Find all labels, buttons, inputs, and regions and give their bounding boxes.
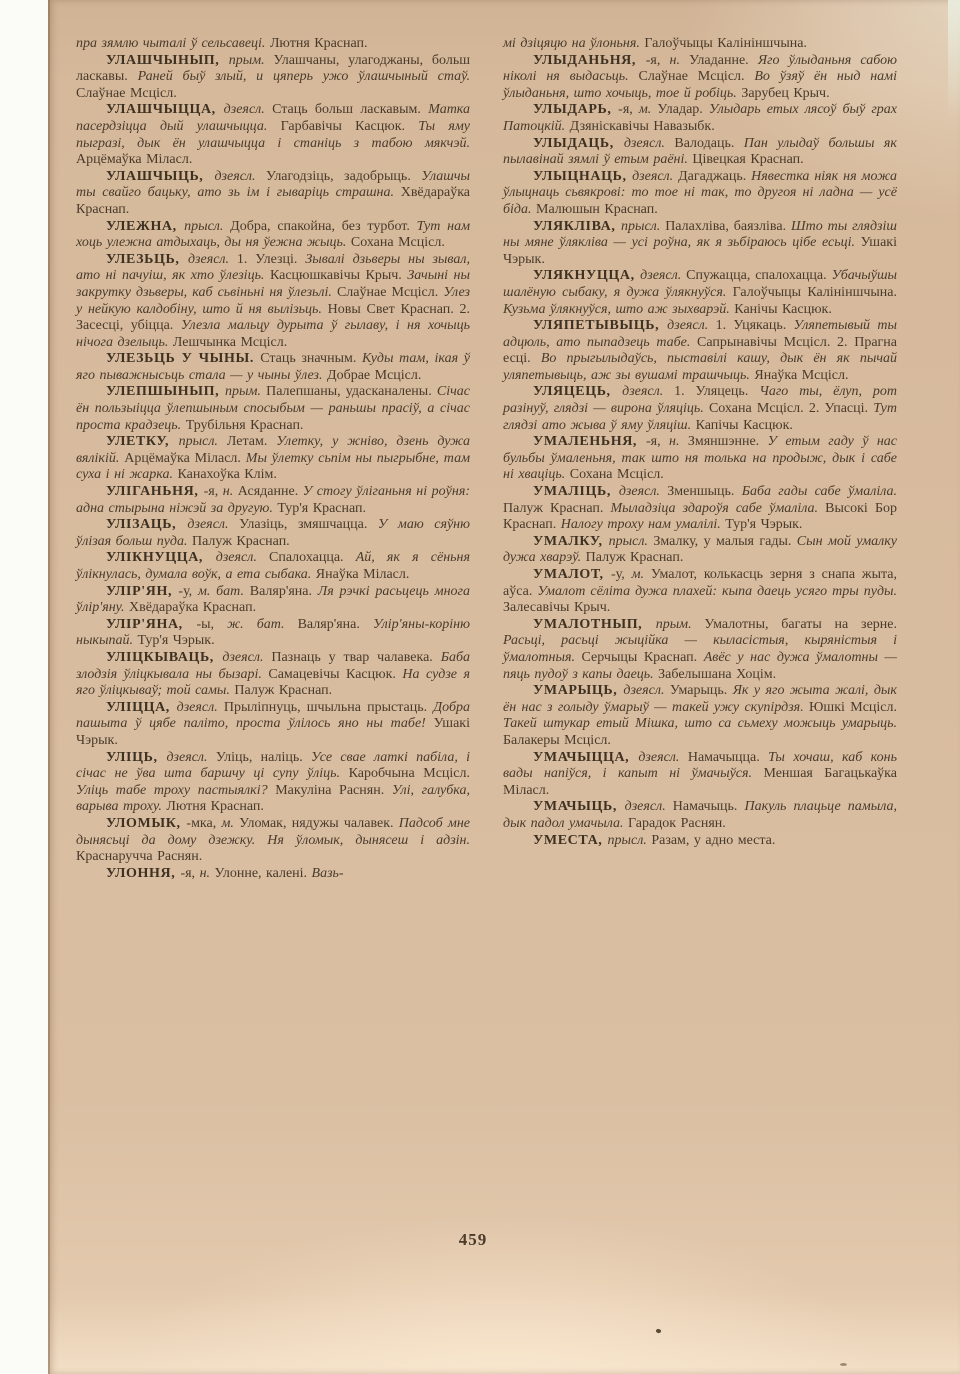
dictionary-entry: УЛЕТКУ, прысл. Летам. Улетку, у жніво, д… [76,434,470,484]
entry-example-text: дзеясл. [624,136,675,151]
entry-headword: УЛЫДАНЬНЯ, [533,53,646,68]
entry-definition-text: 1. Улезці. [237,252,305,267]
entry-definition-text: Цівецкая Краснап. [692,152,803,167]
scan-speck [840,1363,847,1366]
entry-definition-text: Галоўчыцы Калініншчына. [733,285,897,300]
entry-continuation: пра зямлю чыталі ў сельсавеці. Лютня Кра… [76,36,470,53]
entry-definition-text: -у, [178,584,198,599]
entry-example-text: м. [639,102,658,117]
entry-example-text: м. бат. [198,584,250,599]
entry-definition-text: Палахліва, баязліва. [665,219,791,234]
entry-example-text: дзеясл. [166,750,215,765]
page-content: пра зямлю чыталі ў сельсавеці. Лютня Кра… [76,36,897,882]
entry-headword: УЛІР'ЯНА, [106,617,196,632]
entry-definition-text: Забелышана Хоцім. [658,667,776,682]
entry-example-text: Умалот сёліта дужа плахей: кыпа даець ус… [537,584,897,599]
entry-headword: УЛЕТКУ, [106,434,179,449]
entry-headword: УЛІКНУЦЦА, [106,550,216,565]
entry-definition-text: Краснаручча Раснян. [76,849,202,864]
entry-headword: УМЕСТА, [533,833,608,848]
entry-headword: УМАЛЕНЬНЯ, [533,434,646,449]
entry-definition-text: Намачыцца. [688,750,768,765]
dictionary-entry: УМАЛОТНЫП, прым. Умалотны, багаты на зер… [503,617,897,683]
entry-example-text: дзеясл. [214,169,266,184]
entry-definition-text: 1. Уцякаць. [716,318,794,333]
page-edge-highlight [948,0,960,120]
entry-example-text: дзеясл. [619,484,667,499]
entry-definition-text: Намачыць. [673,799,745,814]
entry-definition-text: Арцёмаўка Міласл. [124,451,246,466]
dictionary-entry: УЛЕЗЬЦЬ У ЧЫНЫ. Стаць значным. Куды там,… [76,351,470,384]
entry-example-text: н. [200,866,215,881]
entry-definition-text: Пазнаць у твар чалавека. [271,650,440,665]
dictionary-entry: УЛІР'ЯН, -у, м. бат. Валяр'яна. Ля рэчкі… [76,584,470,617]
entry-definition-text: Дагаджаць. [678,169,751,184]
entry-definition-text: Добрае Мсцісл. [327,368,421,383]
entry-example-text: пра зямлю чыталі ў сельсавеці. [76,36,270,51]
entry-example-text: дзеясл. [222,650,271,665]
dictionary-entry: УМАЧЫЦЬ, дзеясл. Намачыць. Пакуль плацьц… [503,799,897,832]
entry-headword: УМАРЫЦЬ, [533,683,623,698]
entry-definition-text: Серчыцы Краснап. [582,650,704,665]
entry-definition-text: Разам, у адно места. [651,833,775,848]
entry-headword: УМАЛІЦЬ, [533,484,619,499]
dictionary-page-scan: пра зямлю чыталі ў сельсавеці. Лютня Кра… [48,0,960,1374]
dictionary-entry: УЛІЦКЫВАЦЬ, дзеясл. Пазнаць у твар чалав… [76,650,470,700]
entry-definition-text: Лютня Краснап. [270,36,368,51]
entry-definition-text: Добра, спакойна, без турбот. [230,219,416,234]
entry-definition-text: Тур'я Краснап. [277,501,366,516]
entry-definition-text: Гарадок Раснян. [628,816,726,831]
entry-example-text: прысл. [621,219,665,234]
entry-definition-text: Спужацца, спалохацца. [686,268,831,283]
entry-example-text: дзеясл. [177,700,224,715]
entry-definition-text: Зменшыць. [667,484,741,499]
entry-example-text: дзеясл. [625,799,673,814]
entry-headword: УЛЯКЛІВА, [533,219,621,234]
entry-definition-text: Стаць значным. [260,351,362,366]
entry-definition-text: Умалотны, багаты на зерне. [704,617,897,632]
dictionary-entry: УЛІКНУЦЦА, дзеясл. Спалохацца. Ай, як я … [76,550,470,583]
scan-speck [655,1328,661,1334]
dictionary-entry: УЛЕПШЫНЫП, прым. Палепшаны, удасканалены… [76,384,470,434]
entry-example-text: дзеясл. [216,550,269,565]
dictionary-entry: УМАЧЫЦЦА, дзеясл. Намачыцца. Ты хочаш, к… [503,750,897,800]
entry-definition-text: -я, [618,102,639,117]
entry-definition-text: Канахоўка Клім. [177,467,276,482]
entry-definition-text: Валяр'яна. [298,617,373,632]
entry-example-text: дзеясл. [632,169,678,184]
entry-headword: УЛІР'ЯН, [106,584,178,599]
entry-example-text: дзеясл. [224,102,272,117]
entry-headword: УЛІГАНЬНЯ, [106,484,204,499]
entry-headword: УЛАШЧЫЦЬ, [106,169,214,184]
entry-example-text: дзеясл. [640,268,686,283]
entry-definition-text: Макуліна Раснян. [275,783,392,798]
entry-example-text: дзеясл. [188,252,237,267]
entry-definition-text: Канічы Касцюк. [734,302,832,317]
entry-example-text: прысл. [184,219,230,234]
entry-definition-text: Галоўчыцы Калініншчына. [644,36,807,51]
entry-example-text: прысл. [608,833,652,848]
dictionary-entry: УЛЕЖНА, прысл. Добра, спакойна, без турб… [76,219,470,252]
entry-headword: УМАЛКУ, [533,534,609,549]
entry-headword: УЛІЦКЫВАЦЬ, [106,650,222,665]
entry-example-text: Вазь- [312,866,344,881]
dictionary-entry: УМАРЫЦЬ, дзеясл. Умарыць. Як у яго жыта … [503,683,897,749]
entry-definition-text: Арцёмаўка Міласл. [76,152,192,167]
entry-headword: УЛІЦЬ, [106,750,166,765]
entry-definition-text: Умарыць. [670,683,733,698]
entry-example-text: прым. [225,384,266,399]
dictionary-entry: УМАЛЕНЬНЯ, -я, н. Змяншэнне. У етым гаду… [503,434,897,484]
entry-definition-text: Змяншэнне. [688,434,768,449]
dictionary-entry: УЛЫДАЦЬ, дзеясл. Валодаць. Пан улыдаў бо… [503,136,897,169]
dictionary-entry: УЛЫДАНЬНЯ, -я, н. Уладанне. Яго ўлыданьн… [503,53,897,103]
entry-example-text: прым. [656,617,705,632]
left-column: пра зямлю чыталі ў сельсавеці. Лютня Кра… [76,36,470,882]
entry-definition-text: Валяр'яна. [250,584,318,599]
entry-headword: УМАЧЫЦЦА, [533,750,638,765]
entry-definition-text: Слаўнае Мсцісл. [337,285,443,300]
entry-definition-text: Лешчынка Мсцісл. [173,335,287,350]
dictionary-entry: УЛАШЧЫЦЦА, дзеясл. Стаць больш ласкавым.… [76,102,470,168]
entry-headword: УЛЕЗЬЦЬ У ЧЫНЫ. [106,351,260,366]
entry-definition-text: 1. Уляцець. [674,384,759,399]
entry-headword: УМАЛОТ, [533,567,611,582]
entry-definition-text: Тур'я Чэрык. [725,517,802,532]
dictionary-entry: УМАЛКУ, прысл. Змалку, у малыя гады. Сын… [503,534,897,567]
entry-definition-text: Дзяніскавічы Навазыбк. [570,119,715,134]
dictionary-entry: УЛАШЧЫНЫП, прым. Улашчаны, улагоджаны, б… [76,53,470,103]
entry-definition-text: Зарубец Крыч. [741,86,829,101]
entry-headword: УЛЫЦНАЦЬ, [533,169,632,184]
entry-headword: УЛЯПЕТЫВЫЦЬ, [533,318,667,333]
dictionary-entry: УЛЕЗЬЦЬ, дзеясл. 1. Улезці. Зывалі дзьве… [76,252,470,352]
entry-definition-text: Янаўка Міласл. [316,567,410,582]
right-column: мі дзіцяцю на ўлоньня. Галоўчыцы Калінін… [503,36,897,882]
entry-definition-text: Спалохацца. [269,550,356,565]
entry-example-text: Мыладзіца здароўя сабе ўмаліла. [610,501,825,516]
entry-definition-text: -мка, [186,816,221,831]
entry-definition-text: Каробчына Мсцісл. [349,766,470,781]
entry-headword: УЛЯЦЕЦЬ, [533,384,622,399]
entry-definition-text: Змалку, у малыя гады. [653,534,796,549]
entry-definition-text: Валодаць. [674,136,743,151]
dictionary-entry: УЛЯКЛІВА, прысл. Палахліва, баязліва. Шт… [503,219,897,269]
dictionary-entry: УЛІР'ЯНА, -ы, ж. бат. Валяр'яна. Улір'ян… [76,617,470,650]
entry-definition-text: -у, [611,567,632,582]
dictionary-entry: УМАЛОТ, -у, м. Умалот, колькасць зерня з… [503,567,897,617]
entry-example-text: дзеясл. [623,683,670,698]
entry-example-text: дзеясл. [187,517,239,532]
entry-headword: УМАЛОТНЫП, [533,617,656,632]
dictionary-entry: УМАЛІЦЬ, дзеясл. Зменшыць. Баба гады саб… [503,484,897,534]
entry-headword: УЛАШЧЫЦЦА, [106,102,224,117]
dictionary-entry: УМЕСТА, прысл. Разам, у адно места. [503,833,897,850]
entry-example-text: Баба гады сабе ўмаліла. [742,484,897,499]
dictionary-entry: УЛЫЦНАЦЬ, дзеясл. Дагаджаць. Нявестка ні… [503,169,897,219]
entry-definition-text: Уліць, наліць. [216,750,311,765]
dictionary-entry: УЛІЗАЦЬ, дзеясл. Улазіць, змяшчацца. У м… [76,517,470,550]
entry-example-text: н. [669,434,688,449]
entry-definition-text: Малюшын Краснап. [536,202,658,217]
entry-definition-text: Тур'я Чэрык. [137,633,214,648]
entry-headword: УЛЕПШЫНЫП, [106,384,225,399]
entry-example-text: дзеясл. [638,750,688,765]
entry-definition-text: Янаўка Мсцісл. [754,368,848,383]
dictionary-entry: УЛІЦЦА, дзеясл. Прыліпнуць, шчыльна прыс… [76,700,470,750]
entry-definition-text: Трубільня Краснап. [186,418,304,433]
entry-example-text: н. [670,53,690,68]
entry-definition-text: Уломак, нядужы чалавек. [239,816,399,831]
entry-definition-text: Балакеры Мсцісл. [503,733,611,748]
entry-definition-text: Летам. [227,434,276,449]
dictionary-entry: УЛОМЫК, -мка, м. Уломак, нядужы чалавек.… [76,816,470,866]
entry-example-text: прысл. [609,534,654,549]
entry-definition-text: Палуж Краснап. [503,501,610,516]
entry-definition-text: -я, [204,484,223,499]
entry-example-text: Уліць табе троху пастыялкі? [76,783,275,798]
entry-example-text: дзеясл. [622,384,674,399]
entry-definition-text: -я, [646,53,670,68]
entry-example-text: Такей штукар етый Мішка, што са сьмеху м… [503,716,897,731]
entry-definition-text: Юшкі Мсцісл. [809,700,897,715]
entry-headword: УЛОМЫК, [106,816,186,831]
entry-example-text: Налогу троху нам умалілі. [561,517,726,532]
entry-headword: УЛІЦЦА, [106,700,177,715]
entry-definition-text: Слаўнае Мсцісл. [76,86,177,101]
entry-headword: УЛЕЖНА, [106,219,184,234]
entry-headword: УЛІЗАЦЬ, [106,517,187,532]
entry-headword: УЛАШЧЫНЫП, [106,53,229,68]
entry-definition-text: Уладанне. [689,53,758,68]
entry-definition-text: Улагодзіць, задобрыць. [266,169,421,184]
entry-definition-text: Сохана Мсцісл. [570,467,664,482]
entry-definition-text: Прыліпнуць, шчыльна прыстаць. [224,700,433,715]
entry-example-text: Раней быў злый, и цяперь ужо ўлашчыный с… [138,69,470,84]
entry-continuation: мі дзіцяцю на ўлоньня. Галоўчыцы Калінін… [503,36,897,53]
dictionary-entry: УЛІГАНЬНЯ, -я, н. Асяданне. У стогу ўліг… [76,484,470,517]
entry-definition-text: Гарбавічы Касцюк. [281,119,419,134]
entry-example-text: ж. бат. [227,617,298,632]
entry-definition-text: Касцюшкавічы Крыч. [270,268,407,283]
entry-definition-text: Капічы Касцюк. [696,418,793,433]
entry-headword: УЛЯКНУЦЦА, [533,268,640,283]
entry-example-text: Кузьма ўлякнуўся, што аж зыхварэй. [503,302,734,317]
entry-headword: УЛЫДАЦЬ, [533,136,624,151]
entry-example-text: прым. [229,53,274,68]
entry-example-text: м. [221,816,239,831]
entry-definition-text: Уладар. [657,102,708,117]
entry-definition-text: Палуж Краснап. [192,534,290,549]
entry-headword: УМАЧЫЦЬ, [533,799,625,814]
entry-definition-text: Асяданне. [238,484,303,499]
entry-definition-text: Самацевічы Касцюк. [268,667,402,682]
entry-headword: УЛОННЯ, [106,866,180,881]
entry-definition-text: Улонне, калені. [215,866,312,881]
entry-example-text: мі дзіцяцю на ўлоньня. [503,36,644,51]
entry-definition-text: Лютня Краснап. [166,799,264,814]
entry-definition-text: Сохана Мсцісл. [351,235,445,250]
entry-definition-text: -ы, [196,617,227,632]
entry-definition-text: Палуж Краснап. [586,550,684,565]
dictionary-entry: УЛІЦЬ, дзеясл. Уліць, наліць. Усе свае л… [76,750,470,816]
page-number: 459 [48,1230,898,1250]
entry-example-text: прысл. [179,434,227,449]
entry-example-text: м. [632,567,651,582]
entry-definition-text: Сохана Мсцісл. 2. Упасці. [709,401,873,416]
entry-definition-text: Стаць больш ласкавым. [272,102,428,117]
dictionary-entry: УЛЯКНУЦЦА, дзеясл. Спужацца, спалохацца.… [503,268,897,318]
dictionary-entry: УЛЫДАРЬ, -я, м. Уладар. Улыдарь етых ляс… [503,102,897,135]
entry-definition-text: Слаўнае Мсцісл. [639,69,755,84]
entry-headword: УЛЕЗЬЦЬ, [106,252,188,267]
entry-definition-text: Улазіць, змяшчацца. [239,517,378,532]
entry-headword: УЛЫДАРЬ, [533,102,618,117]
dictionary-entry: УЛОННЯ, -я, н. Улонне, калені. Вазь- [76,866,470,883]
dictionary-entry: УЛАШЧЫЦЬ, дзеясл. Улагодзіць, задобрыць.… [76,169,470,219]
dictionary-entry: УЛЯПЕТЫВЫЦЬ, дзеясл. 1. Уцякаць. Уляпеты… [503,318,897,384]
entry-example-text: дзеясл. [667,318,715,333]
entry-definition-text: Залесавічы Крыч. [503,600,610,615]
entry-example-text: н. [223,484,238,499]
entry-definition-text: -я, [180,866,199,881]
entry-definition-text: -я, [646,434,669,449]
dictionary-entry: УЛЯЦЕЦЬ, дзеясл. 1. Уляцець. Чаго ты, ёл… [503,384,897,434]
entry-definition-text: Палуж Краснап. [234,683,332,698]
entry-definition-text: Палепшаны, удасканалены. [266,384,437,399]
entry-definition-text: Хвёдараўка Краснап. [129,600,256,615]
